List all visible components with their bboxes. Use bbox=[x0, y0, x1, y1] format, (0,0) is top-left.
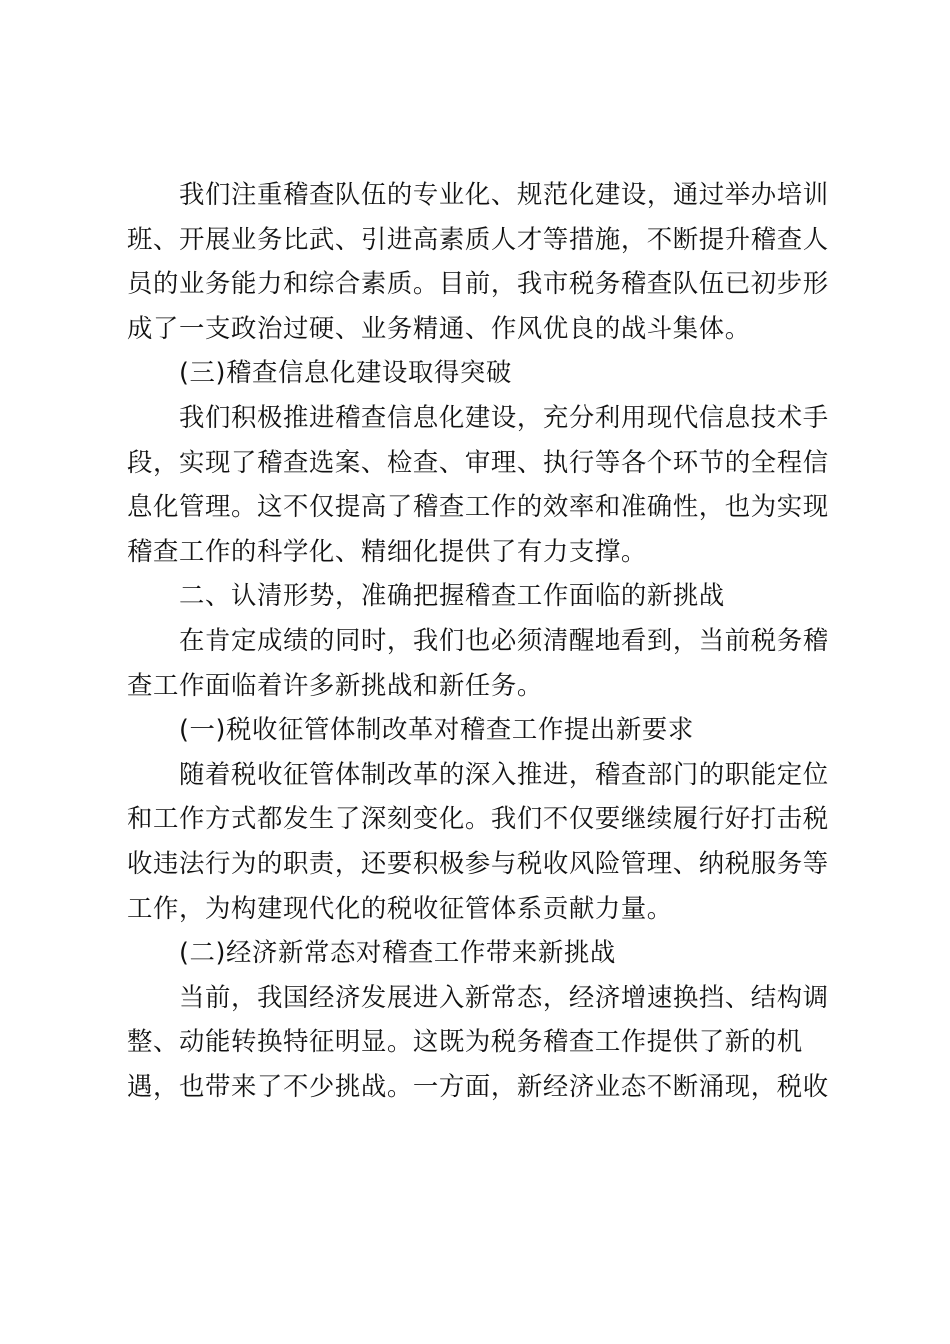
heading-economic-new-normal: (二)经济新常态对稽查工作带来新挑战 bbox=[127, 930, 827, 975]
paragraph-economic-new-normal: 当前，我国经济发展进入新常态，经济增速换挡、结构调 整、动能转换特征明显。这既为… bbox=[127, 975, 827, 1109]
text-line: 工作，为构建现代化的税收征管体系贡献力量。 bbox=[127, 886, 827, 931]
section-heading: (一)税收征管体制改革对稽查工作提出新要求 bbox=[127, 707, 827, 752]
text-line: 员的业务能力和综合素质。目前，我市税务稽查队伍已初步形 bbox=[127, 261, 827, 306]
paragraph-team-building: 我们注重稽查队伍的专业化、规范化建设，通过举办培训 班、开展业务比武、引进高素质… bbox=[127, 172, 827, 350]
heading-informatization: (三)稽查信息化建设取得突破 bbox=[127, 350, 827, 395]
text-line: 我们注重稽查队伍的专业化、规范化建设，通过举办培训 bbox=[127, 172, 827, 217]
text-line: 段，实现了稽查选案、检查、审理、执行等各个环节的全程信 bbox=[127, 440, 827, 485]
heading-section-two: 二、认清形势，准确把握稽查工作面临的新挑战 bbox=[127, 573, 827, 618]
text-line: 我们积极推进稽查信息化建设，充分利用现代信息技术手 bbox=[127, 395, 827, 440]
document-page: 我们注重稽查队伍的专业化、规范化建设，通过举办培训 班、开展业务比武、引进高素质… bbox=[127, 172, 827, 1108]
paragraph-new-challenges-intro: 在肯定成绩的同时，我们也必须清醒地看到，当前税务稽 查工作面临着许多新挑战和新任… bbox=[127, 618, 827, 707]
text-line: 班、开展业务比武、引进高素质人才等措施，不断提升稽查人 bbox=[127, 217, 827, 262]
paragraph-informatization: 我们积极推进稽查信息化建设，充分利用现代信息技术手 段，实现了稽查选案、检查、审… bbox=[127, 395, 827, 573]
text-line: 成了一支政治过硬、业务精通、作风优良的战斗集体。 bbox=[127, 306, 827, 351]
text-line: 查工作面临着许多新挑战和新任务。 bbox=[127, 663, 827, 708]
text-line: 稽查工作的科学化、精细化提供了有力支撑。 bbox=[127, 529, 827, 574]
text-line: 随着税收征管体制改革的深入推进，稽查部门的职能定位 bbox=[127, 752, 827, 797]
section-heading: (二)经济新常态对稽查工作带来新挑战 bbox=[127, 930, 827, 975]
text-line: 当前，我国经济发展进入新常态，经济增速换挡、结构调 bbox=[127, 975, 827, 1020]
section-heading: (三)稽查信息化建设取得突破 bbox=[127, 350, 827, 395]
text-line: 遇，也带来了不少挑战。一方面，新经济业态不断涌现，税收 bbox=[127, 1064, 827, 1109]
text-line: 整、动能转换特征明显。这既为税务稽查工作提供了新的机 bbox=[127, 1019, 827, 1064]
text-line: 息化管理。这不仅提高了稽查工作的效率和准确性，也为实现 bbox=[127, 484, 827, 529]
heading-reform-requirements: (一)税收征管体制改革对稽查工作提出新要求 bbox=[127, 707, 827, 752]
text-line: 收违法行为的职责，还要积极参与税收风险管理、纳税服务等 bbox=[127, 841, 827, 886]
text-line: 和工作方式都发生了深刻变化。我们不仅要继续履行好打击税 bbox=[127, 796, 827, 841]
section-heading: 二、认清形势，准确把握稽查工作面临的新挑战 bbox=[127, 573, 827, 618]
text-line: 在肯定成绩的同时，我们也必须清醒地看到，当前税务稽 bbox=[127, 618, 827, 663]
paragraph-reform: 随着税收征管体制改革的深入推进，稽查部门的职能定位 和工作方式都发生了深刻变化。… bbox=[127, 752, 827, 930]
